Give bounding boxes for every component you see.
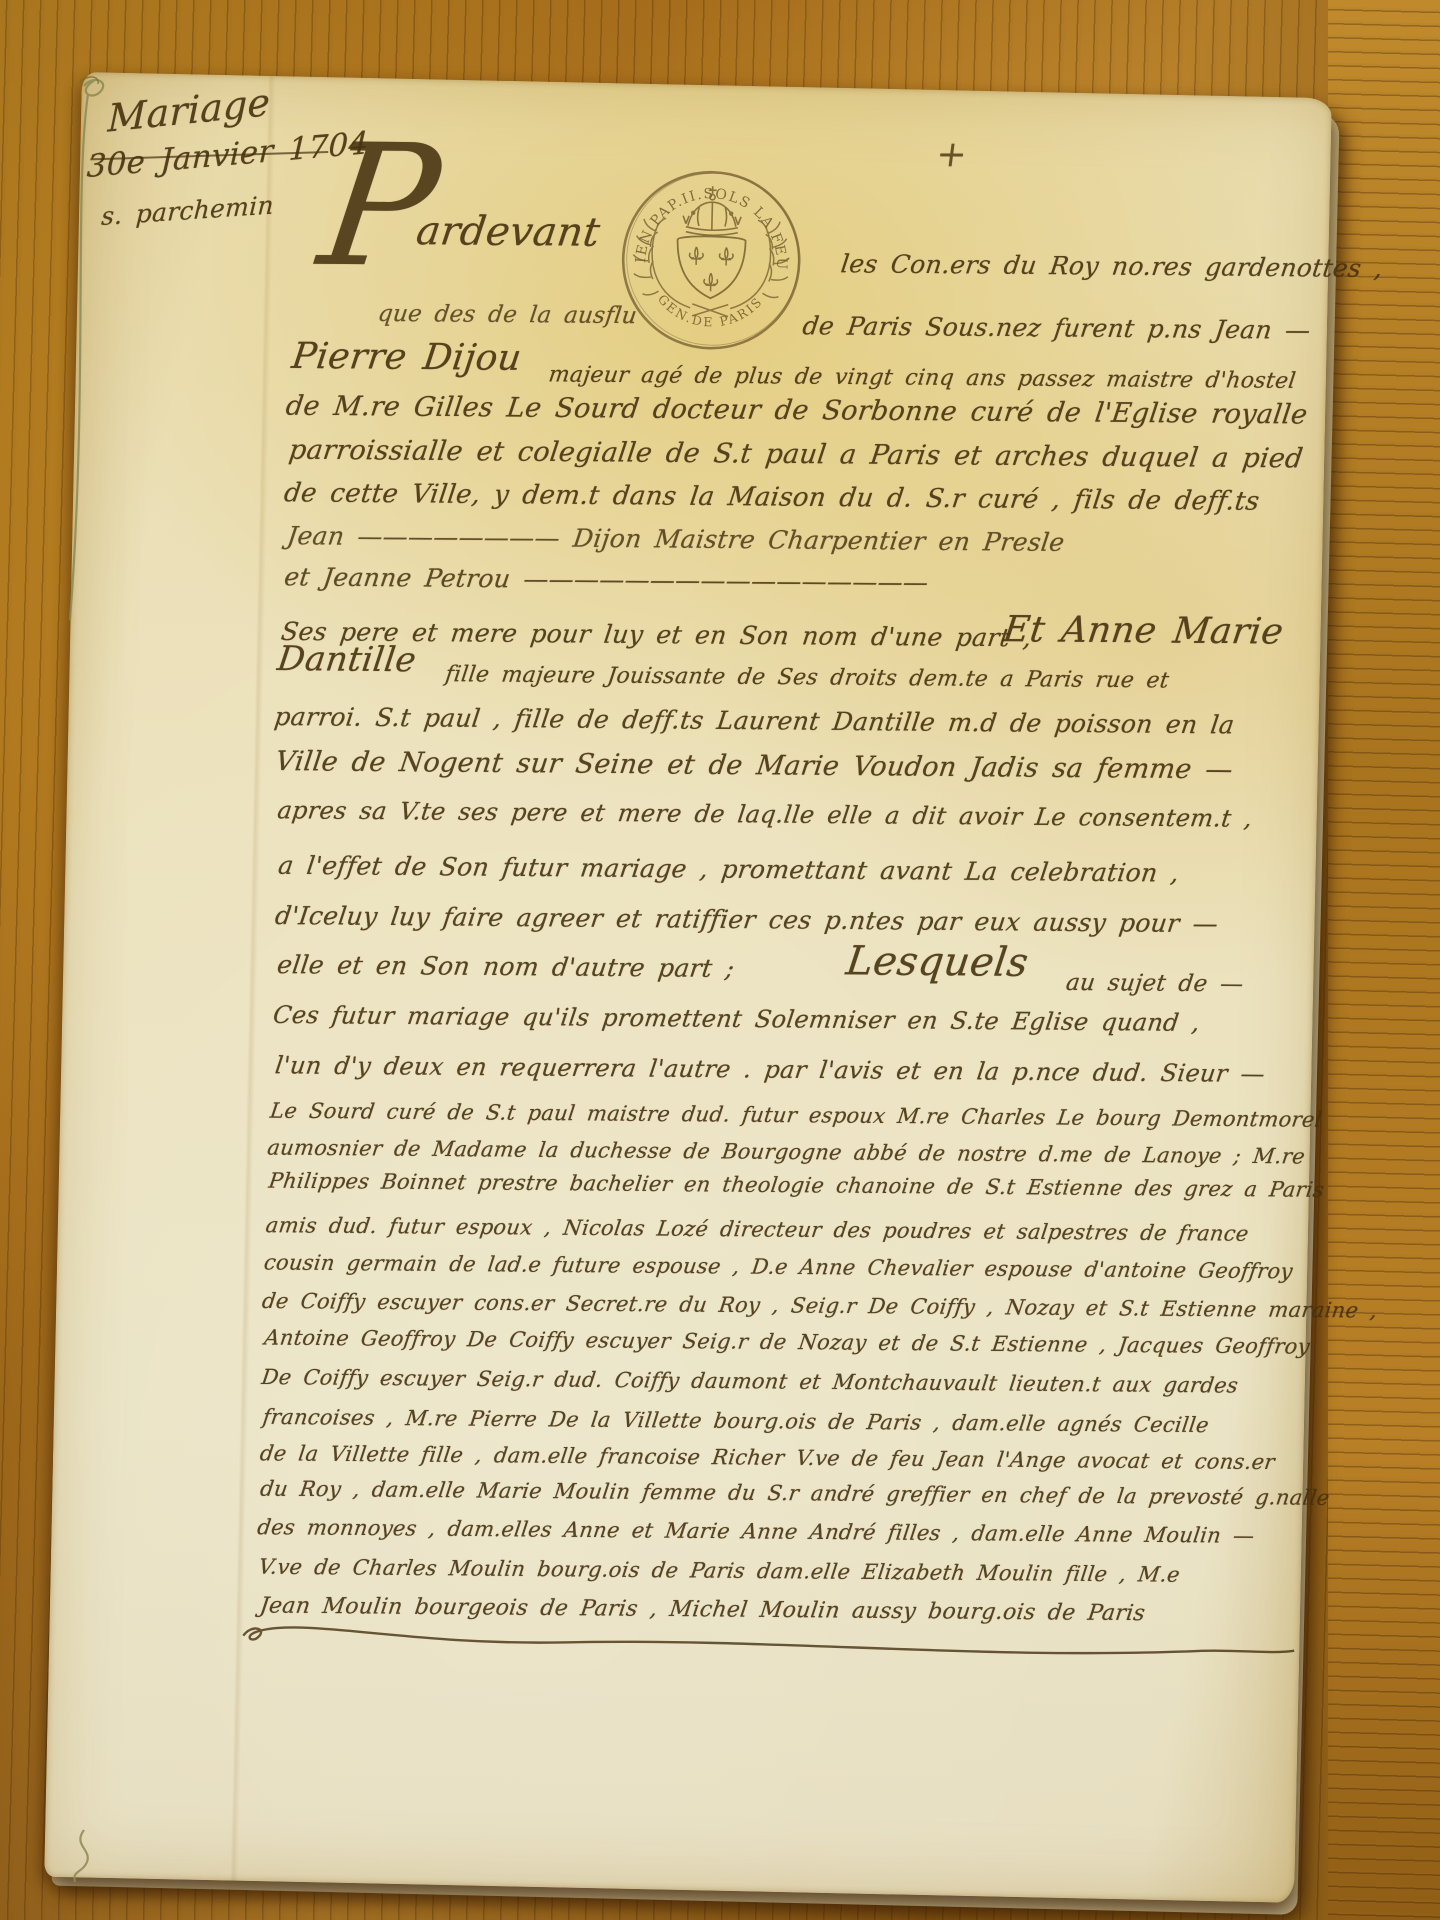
manuscript-line: de M.re Gilles Le Sourd docteur de Sorbo… xyxy=(284,391,1309,431)
manuscript-line: Antoine Geoffroy De Coiffy escuyer Seig.… xyxy=(263,1325,1311,1358)
manuscript-line: amis dud. futur espoux , Nicolas Lozé di… xyxy=(264,1213,1250,1246)
manuscript-line: elle et en Son nom d'autre part ; xyxy=(275,950,736,983)
manuscript-line: francoises , M.re Pierre De la Villette … xyxy=(261,1405,1210,1437)
manuscript-line: d'Iceluy luy faire agreer et ratiffier c… xyxy=(274,901,1221,938)
manuscript-line: de cette Ville, y dem.t dans la Maison d… xyxy=(282,478,1261,516)
manuscript-line: majeur agé de plus de vingt cinq ans pas… xyxy=(547,362,1297,393)
manuscript-line: + xyxy=(934,134,970,175)
manuscript-line: Lesquels xyxy=(844,938,1032,986)
manuscript-line: Le Sourd curé de S.t paul maistre dud. f… xyxy=(269,1099,1324,1132)
manuscript-line: P xyxy=(310,108,449,305)
binding-thread-top-left xyxy=(46,60,136,660)
manuscript-page: MOIEN PAP.II.SOLS LA FEUIL. ✶GEN.DE PARI… xyxy=(44,72,1332,1903)
manuscript-line: et Jeanne Petrou ———————————————— xyxy=(283,562,931,597)
manuscript-line: aumosnier de Madame la duchesse de Bourg… xyxy=(266,1135,1307,1168)
fleur-de-lis-shield-icon xyxy=(676,236,745,299)
manuscript-line: de la Villette fille , dam.elle francois… xyxy=(259,1441,1277,1474)
manuscript-line: parroi. S.t paul , fille de deff.ts Laur… xyxy=(273,702,1237,739)
manuscript-line: Ville de Nogent sur Seine et de Marie Vo… xyxy=(274,746,1235,785)
manuscript-line: a l'effet de Son futur mariage , promett… xyxy=(277,851,1181,888)
binding-thread-bottom-left xyxy=(60,1822,110,1902)
manuscript-line: de Coiffy escuyer cons.er Secret.re du R… xyxy=(261,1289,1379,1323)
manuscript-line: ardevant xyxy=(414,208,603,256)
manuscript-line: parroissialle et colegialle de S.t paul … xyxy=(287,435,1305,475)
manuscript-line: l'un d'y deux en requerrera l'autre . pa… xyxy=(273,1051,1266,1088)
wooden-table-right-grain xyxy=(1328,0,1440,1920)
manuscript-line: que des de la ausflu xyxy=(376,301,638,329)
manuscript-line: Philippes Boinnet prestre bachelier en t… xyxy=(267,1169,1325,1202)
manuscript-line: V.ve de Charles Moulin bourg.ois de Pari… xyxy=(257,1555,1181,1587)
manuscript-line: fille majeure Jouissante de Ses droits d… xyxy=(444,662,1171,693)
manuscript-line: Jean ———————— Dijon Maistre Charpentier … xyxy=(285,521,1066,557)
manuscript-line: Et Anne Marie xyxy=(1001,609,1286,652)
manuscript-line: de Paris Sous.nez furent p.ns Jean — xyxy=(801,311,1313,344)
manuscript-line: des monnoyes , dam.elles Anne et Marie A… xyxy=(256,1515,1256,1548)
manuscript-line: au sujet de — xyxy=(1064,970,1245,998)
manuscript-line: De Coiffy escuyer Seig.r dud. Coiffy dau… xyxy=(260,1365,1239,1397)
manuscript-line: les Con.ers du Roy no.res gardenottes , xyxy=(839,249,1384,283)
manuscript-line: Dantille xyxy=(275,639,418,680)
manuscript-line: apres sa V.te ses pere et mere de laq.ll… xyxy=(276,796,1254,832)
manuscript-line: Ces futur mariage qu'ils promettent Sole… xyxy=(271,1001,1201,1037)
manuscript-line: du Roy , dam.elle Marie Moulin femme du … xyxy=(259,1477,1331,1510)
manuscript-line: Pierre Dijou xyxy=(289,336,524,379)
manuscript-line: cousin germain de lad.e future espouse ,… xyxy=(263,1250,1295,1283)
royal-tax-stamp: MOIEN PAP.II.SOLS LA FEUIL. ✶GEN.DE PARI… xyxy=(609,154,813,370)
